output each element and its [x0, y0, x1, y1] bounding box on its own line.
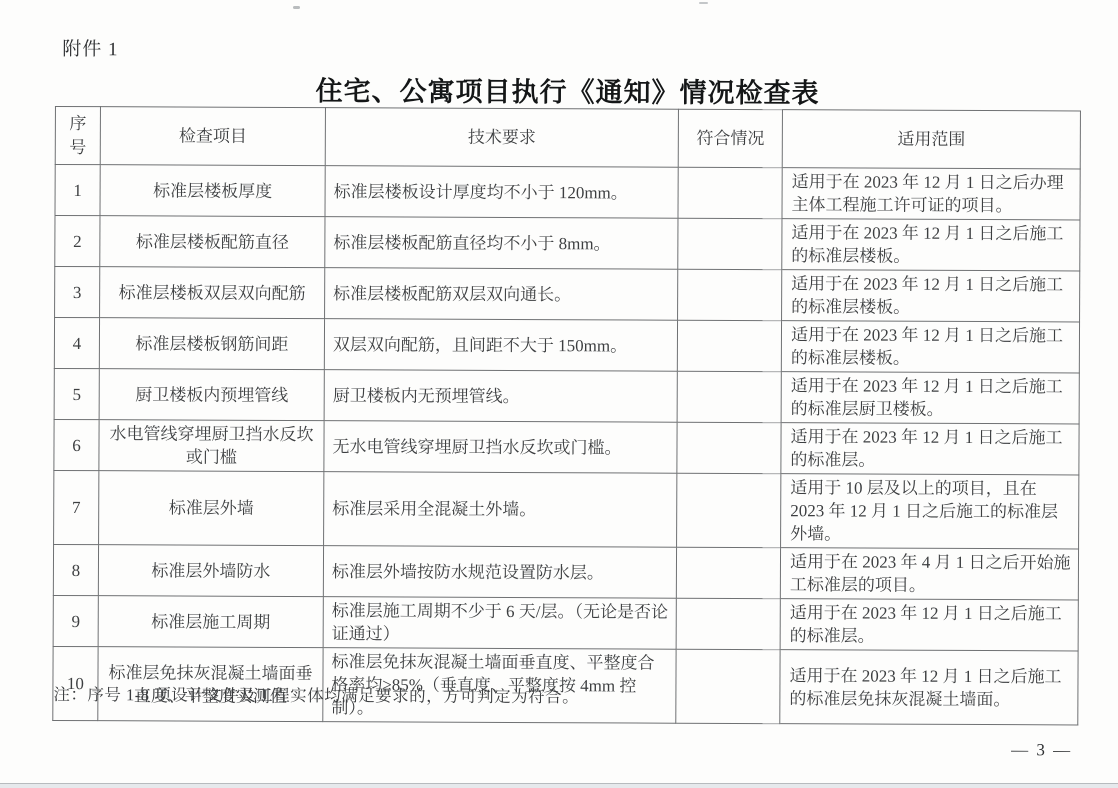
scanned-sheet: 附件 1 住宅、公寓项目执行《通知》情况检查表 序号 检查项目 技术要求 符合情…	[0, 0, 1118, 788]
cell-applicable-scope: 适用于在 2023 年 12 月 1 日之后办理主体工程施工许可证的项目。	[782, 168, 1080, 220]
cell-technical-requirement: 标准层楼板配筋直径均不小于 8mm。	[325, 217, 678, 270]
cell-applicable-scope: 适用于在 2023 年 12 月 1 日之后施工的标准层楼板。	[782, 270, 1080, 322]
cell-inspection-item: 标准层楼板钢筋间距	[99, 318, 324, 370]
document-page: 附件 1 住宅、公寓项目执行《通知》情况检查表 序号 检查项目 技术要求 符合情…	[0, 0, 1118, 788]
cell-serial-number: 3	[55, 266, 100, 317]
cell-compliance-status	[678, 167, 782, 218]
cell-serial-number: 6	[54, 419, 99, 470]
cell-applicable-scope: 适用于 10 层及以上的项目，且在 2023 年 12 月 1 日之后施工的标准…	[781, 474, 1079, 549]
cell-compliance-status	[677, 422, 781, 473]
cell-technical-requirement: 无水电管线穿埋厨卫挡水反坎或门槛。	[324, 421, 677, 474]
cell-inspection-item: 厨卫楼板内预埋管线	[99, 369, 324, 421]
inspection-checklist-table: 序号 检查项目 技术要求 符合情况 适用范围 1 标准层楼板厚度 标准层楼板设计…	[52, 106, 1081, 725]
page-title: 住宅、公寓项目执行《通知》情况检查表	[55, 68, 1080, 111]
cell-applicable-scope: 适用于在 2023 年 12 月 1 日之后施工的标准层。	[781, 423, 1079, 475]
scan-speck	[699, 2, 708, 4]
cell-technical-requirement: 标准层楼板配筋双层双向通长。	[325, 268, 678, 321]
cell-serial-number: 1	[55, 164, 100, 215]
header-applicable-scope: 适用范围	[782, 110, 1080, 169]
page-number: — 3 —	[1011, 740, 1072, 760]
table-row: 2 标准层楼板配筋直径 标准层楼板配筋直径均不小于 8mm。 适用于在 2023…	[55, 215, 1080, 270]
table-row: 7 标准层外墙 标准层采用全混凝土外墙。 适用于 10 层及以上的项目，且在 2…	[54, 470, 1079, 548]
cell-compliance-status	[678, 218, 782, 269]
table-row: 9 标准层施工周期 标准层施工周期不少于 6 天/层。（无论是否论证通过） 适用…	[53, 595, 1078, 650]
cell-inspection-item: 标准层外墙	[99, 471, 324, 546]
cell-compliance-status	[677, 371, 781, 422]
cell-technical-requirement: 标准层楼板设计厚度均不小于 120mm。	[325, 166, 678, 219]
table-row: 3 标准层楼板双层双向配筋 标准层楼板配筋双层双向通长。 适用于在 2023 年…	[55, 266, 1080, 321]
cell-applicable-scope: 适用于在 2023 年 4 月 1 日之后开始施工标准层的项目。	[780, 548, 1078, 600]
cell-technical-requirement: 双层双向配筋，且间距不大于 150mm。	[324, 319, 677, 372]
cell-applicable-scope: 适用于在 2023 年 12 月 1 日之后施工的标准层。	[780, 599, 1078, 651]
table-header-row: 序号 检查项目 技术要求 符合情况 适用范围	[55, 106, 1080, 168]
cell-applicable-scope: 适用于在 2023 年 12 月 1 日之后施工的标准层厨卫楼板。	[781, 372, 1079, 424]
header-inspection-item: 检查项目	[100, 107, 325, 166]
table-row: 4 标准层楼板钢筋间距 双层双向配筋，且间距不大于 150mm。 适用于在 20…	[54, 317, 1079, 372]
cell-serial-number: 7	[54, 470, 99, 544]
cell-serial-number: 4	[54, 317, 99, 368]
footnote: 注：序号 1-8 项设计文件及工程实体均满足要求的，方可判定为符合。	[53, 681, 579, 707]
cell-applicable-scope: 适用于在 2023 年 12 月 1 日之后施工的标准层免抹灰混凝土墙面。	[780, 650, 1078, 725]
cell-inspection-item: 标准层楼板双层双向配筋	[100, 267, 325, 319]
cell-compliance-status	[678, 269, 782, 320]
cell-applicable-scope: 适用于在 2023 年 12 月 1 日之后施工的标准层楼板。	[782, 219, 1080, 271]
cell-applicable-scope: 适用于在 2023 年 12 月 1 日之后施工的标准层楼板。	[781, 321, 1079, 373]
cell-serial-number: 5	[54, 368, 99, 419]
cell-serial-number: 9	[53, 595, 98, 646]
cell-inspection-item: 标准层楼板厚度	[100, 165, 325, 217]
attachment-label: 附件 1	[62, 34, 118, 61]
cell-technical-requirement: 厨卫楼板内无预埋管线。	[324, 370, 677, 423]
cell-inspection-item: 标准层施工周期	[98, 596, 323, 648]
table-row: 5 厨卫楼板内预埋管线 厨卫楼板内无预埋管线。 适用于在 2023 年 12 月…	[54, 368, 1079, 423]
cell-compliance-status	[676, 649, 780, 723]
cell-technical-requirement: 标准层采用全混凝土外墙。	[324, 472, 677, 548]
header-serial-number: 序号	[55, 106, 100, 164]
scan-bottom-edge	[0, 783, 1118, 788]
table-row: 8 标准层外墙防水 标准层外墙按防水规范设置防水层。 适用于在 2023 年 4…	[53, 544, 1078, 599]
cell-inspection-item: 标准层外墙防水	[98, 545, 323, 597]
header-compliance-status: 符合情况	[678, 109, 782, 167]
cell-technical-requirement: 标准层施工周期不少于 6 天/层。（无论是否论证通过）	[323, 597, 676, 650]
cell-inspection-item: 水电管线穿埋厨卫挡水反坎或门槛	[99, 420, 324, 472]
cell-inspection-item: 标准层楼板配筋直径	[100, 216, 325, 268]
cell-compliance-status	[677, 473, 781, 547]
header-technical-requirement: 技术要求	[325, 108, 678, 168]
cell-serial-number: 8	[53, 544, 98, 595]
table-row: 6 水电管线穿埋厨卫挡水反坎或门槛 无水电管线穿埋厨卫挡水反坎或门槛。 适用于在…	[54, 419, 1079, 474]
cell-compliance-status	[677, 320, 781, 371]
cell-technical-requirement: 标准层外墙按防水规范设置防水层。	[323, 546, 676, 599]
table-row: 1 标准层楼板厚度 标准层楼板设计厚度均不小于 120mm。 适用于在 2023…	[55, 164, 1080, 219]
cell-serial-number: 2	[55, 215, 100, 266]
cell-compliance-status	[676, 547, 780, 598]
cell-compliance-status	[676, 598, 780, 649]
scan-speck	[293, 6, 300, 9]
